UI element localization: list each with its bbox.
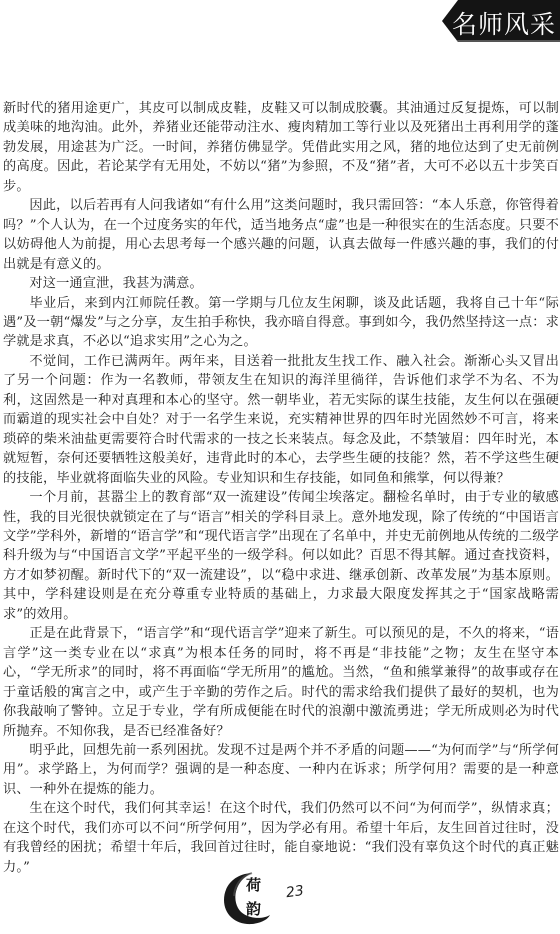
paragraph: 正是在此背景下，“语言学”和“现代语言学”迎来了新生。可以预见的是，不久的将来，… — [3, 624, 559, 741]
paragraph: 因此，以后若再有人问我诸如“有什么用”这类问题时，我只需回答：“本人乐意，你管得… — [3, 196, 559, 274]
paragraph: 一个月前，甚嚣尘上的教育部“双一流建设”传闻尘埃落定。翻检名单时，由于专业的敏感… — [3, 488, 559, 624]
logo-char-he: 荷 — [246, 874, 261, 895]
paragraph: 生在这个时代，我们何其幸运！在这个时代，我们仍然可以不问“为何而学”，纵情求真；… — [3, 799, 559, 877]
section-header-banner: 名师风采 — [442, 0, 560, 42]
section-title: 名师风采 — [452, 5, 556, 41]
article-body: 新时代的猪用途更广，其皮可以制成皮鞋，皮鞋又可以制成胶囊。其油通过反复提炼，可以… — [3, 99, 559, 877]
paragraph: 对这一通宣泄，我甚为满意。 — [3, 274, 559, 293]
paragraph: 新时代的猪用途更广，其皮可以制成皮鞋，皮鞋又可以制成胶囊。其油通过反复提炼，可以… — [3, 99, 559, 196]
logo-char-yun: 韵 — [246, 898, 261, 919]
page-number: 23 — [285, 883, 305, 901]
paragraph: 毕业后，来到内江师院任教。第一学期与几位友生闲聊，谈及此话题，我将自己十年“际遇… — [3, 294, 559, 352]
paragraph: 不觉间，工作已满两年。两年来，目送着一批批友生找工作、融入社会。渐渐心头又冒出了… — [3, 352, 559, 488]
paragraph: 明乎此，回想先前一系列困扰。发现不过是两个并不矛盾的问题——“为何而学”与“所学… — [3, 741, 559, 799]
heyun-logo: 荷 韵 — [222, 866, 274, 928]
